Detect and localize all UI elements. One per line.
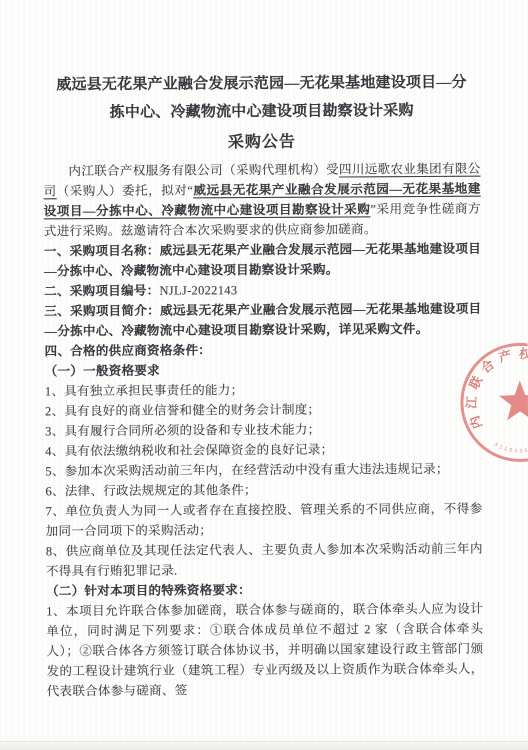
intro-part2: （采购人）委托，拟对“ <box>57 183 194 198</box>
scan-bottom-edge <box>0 741 528 750</box>
general-requirement-item: 7、单位负责人为同一人或者存在直接控股、管理关系的不同供应商，不得参加同一合同项… <box>46 499 483 542</box>
document-title: 威远县无花果产业融合发展示范园—无花果基地建设项目—分拣中心、冷藏物流中心建设项… <box>54 69 468 128</box>
section-2-label: 二、采购项目编号： <box>44 284 159 299</box>
document-subtitle: 采购公告 <box>43 127 480 159</box>
intro-paragraph: 内江联合产权服务有限公司（采购代理机构）受四川远歌农业集团有限公司（采购人）委托… <box>43 159 480 242</box>
section-supplier-qualification: 四、合格的供应商资格条件： <box>45 339 482 362</box>
section-project-name: 一、采购项目名称：威远县无花果产业融合发展示范园—无花果基地建设项目—分拣中心、… <box>44 239 481 282</box>
section-project-number: 二、采购项目编号：NJLJ-2022143 <box>44 279 481 302</box>
general-requirement-item: 5、参加本次采购活动前三年内，在经营活动中没有重大违法违规记录； <box>45 459 482 482</box>
general-requirements-heading: （一）一般资格要求 <box>45 359 482 382</box>
special-requirement-item: 1、本项目允许联合体参加磋商，联合体参与磋商的，联合体牵头人应为设计单位，同时满… <box>46 599 484 702</box>
general-requirement-item: 6、法律、行政法规规定的其他条件； <box>45 479 482 502</box>
document-content: 威远县无花果产业融合发展示范园—无花果基地建设项目—分拣中心、冷藏物流中心建设项… <box>43 69 484 702</box>
document-sheet: 威远县无花果产业融合发展示范园—无花果基地建设项目—分拣中心、冷藏物流中心建设项… <box>0 0 528 750</box>
general-requirement-item: 4、具有依法缴纳税收和社会保障资金的良好记录； <box>45 439 482 462</box>
star-icon <box>499 380 528 420</box>
general-requirement-item: 3、具有履行合同所必须的设备和专业技术能力； <box>45 419 482 442</box>
section-4-label: 四、合格的供应商资格条件： <box>45 343 211 358</box>
seal-serial-digits: 51101350 <box>493 442 528 455</box>
document-body: 内江联合产权服务有限公司（采购代理机构）受四川远歌农业集团有限公司（采购人）委托… <box>43 159 483 702</box>
general-requirement-item: 2、具有良好的商业信誉和健全的财务会计制度； <box>45 399 482 422</box>
special-requirements-heading: （二）针对本项目的特殊资格要求： <box>46 579 483 602</box>
general-requirement-item: 8、供应商单位及其现任法定代表人、主要负责人参加本次采购活动前三年内不得具有行贿… <box>46 539 483 582</box>
intro-part1: 内江联合产权服务有限公司（采购代理机构）受 <box>68 163 339 179</box>
scanned-document-page: 威远县无花果产业融合发展示范园—无花果基地建设项目—分拣中心、冷藏物流中心建设项… <box>0 0 528 750</box>
project-number-value: NJLJ-2022143 <box>159 283 237 297</box>
section-project-intro: 三、采购项目简介：威远县无花果产业融合发展示范园—无花果基地建设项目—分拣中心、… <box>44 299 481 342</box>
section-3-label: 三、采购项目简介： <box>44 304 160 319</box>
section-1-label: 一、采购项目名称： <box>44 244 160 259</box>
general-requirement-item: 1、具有独立承担民事责任的能力； <box>45 379 482 402</box>
